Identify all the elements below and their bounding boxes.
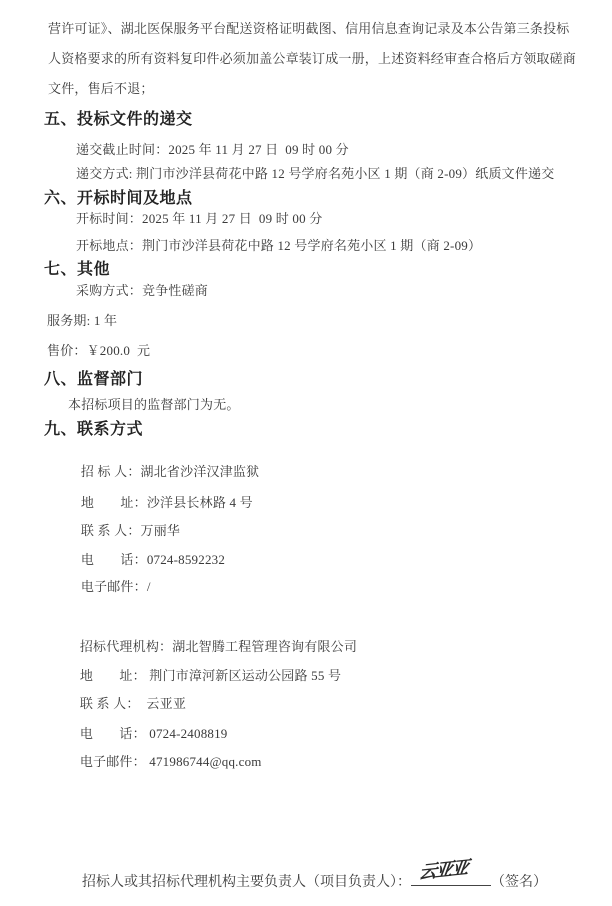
bidder-name-label: 招 标 人： bbox=[81, 464, 141, 479]
bidder-email-label: 电子邮件： bbox=[81, 579, 147, 594]
agency-contact-label: 联 系 人： bbox=[80, 696, 140, 711]
submission-method: 递交方式: 荆门市沙洋县荷花中路 12 号学府名苑小区 1 期（商 2-09）纸… bbox=[76, 166, 554, 182]
section8-heading: 八、监督部门 bbox=[44, 370, 143, 389]
section9-heading: 九、联系方式 bbox=[44, 420, 143, 439]
section7-heading: 七、其他 bbox=[44, 260, 110, 279]
bidder-email-value: / bbox=[147, 579, 151, 594]
agency-email-label: 电子邮件： bbox=[80, 754, 146, 769]
bidder-email-row: 电子邮件：/ bbox=[67, 563, 151, 611]
section5-heading: 五、投标文件的递交 bbox=[44, 110, 193, 129]
supervision-statement: 本招标项目的监督部门为无。 bbox=[68, 397, 240, 413]
signature-label: 招标人或其招标代理机构主要负责人（项目负责人）： bbox=[82, 875, 411, 890]
submission-deadline: 递交截止时间：2025 年 11 月 27 日 09 时 00 分 bbox=[76, 142, 349, 158]
intro-line-1: 营许可证》、湖北医保服务平台配送资格证明截图、信用信息查询记录及本公告第三条投标 bbox=[48, 21, 570, 37]
section6-heading: 六、开标时间及地点 bbox=[44, 189, 193, 208]
signature-suffix: （签名） bbox=[491, 875, 547, 890]
service-period: 服务期: 1 年 bbox=[47, 313, 117, 329]
bid-opening-place: 开标地点：荆门市沙洋县荷花中路 12 号学府名苑小区 1 期（商 2-09） bbox=[76, 238, 481, 254]
bidder-name-value: 湖北省沙洋汉津监狱 bbox=[141, 464, 260, 479]
agency-contact-value: 云亚亚 bbox=[140, 696, 187, 711]
intro-line-3: 文件，售后不退； bbox=[48, 81, 154, 97]
document-page: 营许可证》、湖北医保服务平台配送资格证明截图、信用信息查询记录及本公告第三条投标… bbox=[0, 0, 612, 906]
signature-underline: 云亚亚 bbox=[411, 869, 491, 886]
agency-email-value: 471986744@qq.com bbox=[146, 754, 262, 769]
handwritten-signature: 云亚亚 bbox=[418, 858, 468, 881]
agency-email-row: 电子邮件： 471986744@qq.com bbox=[66, 738, 262, 786]
intro-line-2: 人资格要求的所有资料复印件必须加盖公章装订成一册，上述资料经审查合格后方领取磋商 bbox=[48, 51, 576, 67]
bid-opening-time: 开标时间：2025 年 11 月 27 日 09 时 00 分 bbox=[76, 211, 322, 227]
signature-line: 招标人或其招标代理机构主要负责人（项目负责人）：云亚亚（签名） bbox=[68, 851, 547, 906]
document-price: 售价：￥200.0 元 bbox=[47, 343, 150, 359]
procurement-method: 采购方式：竞争性磋商 bbox=[76, 283, 208, 299]
bidder-phone-value: 0724-8592232 bbox=[147, 552, 225, 567]
